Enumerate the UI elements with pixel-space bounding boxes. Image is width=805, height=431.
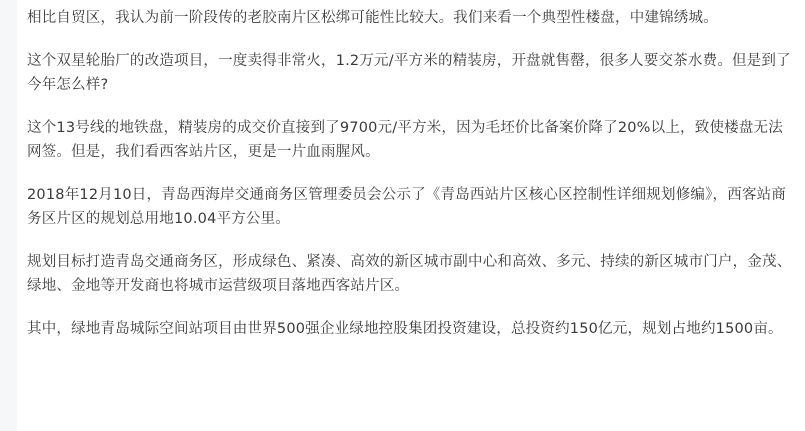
paragraph-6: 其中，绿地青岛城际空间站项目由世界500强企业绿地控股集团投资建设，总投资约15… — [27, 317, 797, 341]
paragraph-4: 2018年12月10日，青岛西海岸交通商务区管理委员会公示了《青岛西站片区核心区… — [27, 183, 797, 231]
paragraph-3: 这个13号线的地铁盘，精装房的成交价直接到了9700元/平方米，因为毛坯价比备案… — [27, 116, 797, 164]
paragraph-1: 相比自贸区，我认为前一阶段传的老胶南片区松绑可能性比较大。我们来看一个典型性楼盘… — [27, 6, 797, 30]
article-body: 相比自贸区，我认为前一阶段传的老胶南片区松绑可能性比较大。我们来看一个典型性楼盘… — [27, 6, 797, 360]
left-margin-strip — [0, 0, 17, 431]
paragraph-2: 这个双星轮胎厂的改造项目，一度卖得非常火，1.2万元/平方米的精装房，开盘就售罄… — [27, 49, 797, 97]
paragraph-5: 规划目标打造青岛交通商务区，形成绿色、紧凑、高效的新区城市副中心和高效、多元、持… — [27, 250, 797, 298]
